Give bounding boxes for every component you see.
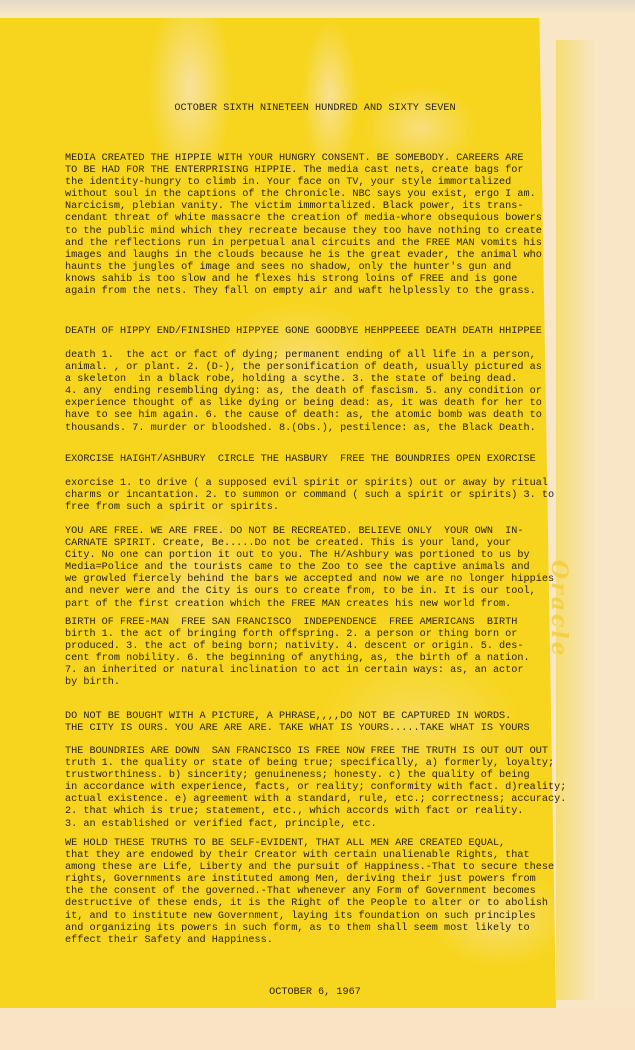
text-line: the the consent of the governed.-That wh… [65, 886, 565, 898]
text-line: DO NOT BE BOUGHT WITH A PICTURE, A PHRAS… [65, 711, 565, 723]
top-edge-shadow [0, 0, 635, 14]
text-line: Narcicism, plebian vanity. The victim im… [65, 201, 565, 213]
text-line: and organizing its powers in such form, … [65, 923, 565, 935]
text-line: exorcise 1. to drive ( a supposed evil s… [65, 478, 565, 490]
text-line: City. No one can portion it out to you. … [65, 550, 565, 562]
text-line: birth 1. the act of bringing forth offsp… [65, 629, 565, 641]
text-line: experience thought of as like dying or b… [65, 398, 565, 410]
top-heading: OCTOBER SIXTH NINETEEN HUNDRED AND SIXTY… [65, 103, 565, 115]
text-line: among these are Life, Liberty and the pu… [65, 862, 565, 874]
text-line: death 1. the act or fact of dying; perma… [65, 350, 565, 362]
text-line: destructive of these ends, it is the Rig… [65, 898, 565, 910]
text-line: it, and to institute new Government, lay… [65, 911, 565, 923]
text-line: that they are endowed by their Creator w… [65, 850, 565, 862]
text-line: 7. an inherited or natural inclination t… [65, 665, 565, 677]
text-line: free from such a spirit or spirits. [65, 502, 565, 514]
section-do-not-be-bought: DO NOT BE BOUGHT WITH A PICTURE, A PHRAS… [65, 711, 565, 735]
text-line: by birth. [65, 677, 565, 689]
section-death-heading: DEATH OF HIPPY END/FINISHED HIPPYEE GONE… [65, 326, 565, 338]
text-line: animal. , or plant. 2. (D-), the personi… [65, 362, 565, 374]
text-line: truth 1. the quality or state of being t… [65, 758, 565, 770]
text-line: part of the first creation which the FRE… [65, 599, 565, 611]
text-line: TO BE HAD FOR THE ENTERPRISING HIPPIE. T… [65, 165, 565, 177]
text-line: DEATH OF HIPPY END/FINISHED HIPPYEE GONE… [65, 326, 565, 338]
text-line: charms or incantation. 2. to summon or c… [65, 490, 565, 502]
text-line: to the public mind which they recreate b… [65, 226, 565, 238]
text-line: actual existence. e) agreement with a st… [65, 794, 565, 806]
text-line: again from the nets. They fall on empty … [65, 286, 565, 298]
section-media: MEDIA CREATED THE HIPPIE WITH YOUR HUNGR… [65, 153, 565, 298]
section-exorcise-definition: exorcise 1. to drive ( a supposed evil s… [65, 478, 565, 514]
text-line: YOU ARE FREE. WE ARE FREE. DO NOT BE REC… [65, 526, 565, 538]
text-line: a skeleton in a black robe, holding a sc… [65, 374, 565, 386]
text-line: we growled fiercely behind the bars we a… [65, 574, 565, 586]
section-you-are-free: YOU ARE FREE. WE ARE FREE. DO NOT BE REC… [65, 526, 565, 611]
closing-date: OCTOBER 6, 1967 [65, 987, 565, 999]
text-line: in accordance with experience, facts, or… [65, 782, 565, 794]
text-line: without soul in the captions of the Chro… [65, 189, 565, 201]
text-line: thousands. 7. murder or bloodshed. 8.(Ob… [65, 423, 565, 435]
text-line: images and laughs in the clouds because … [65, 250, 565, 262]
text-line: and the reflections run in perpetual ana… [65, 238, 565, 250]
text-line: knows sahib is too slow and he flexes hi… [65, 274, 565, 286]
text-line: the identity-hungry to climb in. Your fa… [65, 177, 565, 189]
text-line: cendant threat of white massacre the cre… [65, 213, 565, 225]
text-line: MEDIA CREATED THE HIPPIE WITH YOUR HUNGR… [65, 153, 565, 165]
paper-sheet: Oracle OCTOBER SIXTH NINETEEN HUNDRED AN… [0, 0, 635, 1050]
text-line: THE CITY IS OURS. YOU ARE ARE ARE. TAKE … [65, 723, 565, 735]
text-line: THE BOUNDRIES ARE DOWN SAN FRANCISCO IS … [65, 746, 565, 758]
text-line: effect their Safety and Happiness. [65, 935, 565, 947]
section-death-definition: death 1. the act or fact of dying; perma… [65, 350, 565, 435]
text-line: 3. an established or verified fact, prin… [65, 819, 565, 831]
text-line: EXORCISE HAIGHT/ASHBURY CIRCLE THE HASBU… [65, 454, 565, 466]
section-birth: BIRTH OF FREE-MAN FREE SAN FRANCISCO IND… [65, 617, 565, 690]
section-exorcise-heading: EXORCISE HAIGHT/ASHBURY CIRCLE THE HASBU… [65, 454, 565, 466]
text-line: WE HOLD THESE TRUTHS TO BE SELF-EVIDENT,… [65, 838, 565, 850]
section-truth: THE BOUNDRIES ARE DOWN SAN FRANCISCO IS … [65, 746, 565, 831]
text-line: produced. 3. the act of being born; nati… [65, 641, 565, 653]
text-line: cent from nobility. 6. the beginning of … [65, 653, 565, 665]
section-declaration: WE HOLD THESE TRUTHS TO BE SELF-EVIDENT,… [65, 838, 565, 947]
bottom-margin [0, 1008, 635, 1050]
text-line: trustworthiness. b) sincerity; genuinene… [65, 770, 565, 782]
text-line: and never were and the City is ours to c… [65, 586, 565, 598]
text-line: 4. any ending resembling dying: as, the … [65, 386, 565, 398]
text-line: Media=Police and the tourists came to th… [65, 562, 565, 574]
text-line: rights, Governments are instituted among… [65, 874, 565, 886]
text-line: 2. that which is true; statement, etc., … [65, 806, 565, 818]
text-line: CARNATE SPIRIT. Create, Be.....Do not be… [65, 538, 565, 550]
text-line: BIRTH OF FREE-MAN FREE SAN FRANCISCO IND… [65, 617, 565, 629]
text-line: have to see him again. 6. the cause of d… [65, 410, 565, 422]
text-line: haunts the jungles of image and sees no … [65, 262, 565, 274]
